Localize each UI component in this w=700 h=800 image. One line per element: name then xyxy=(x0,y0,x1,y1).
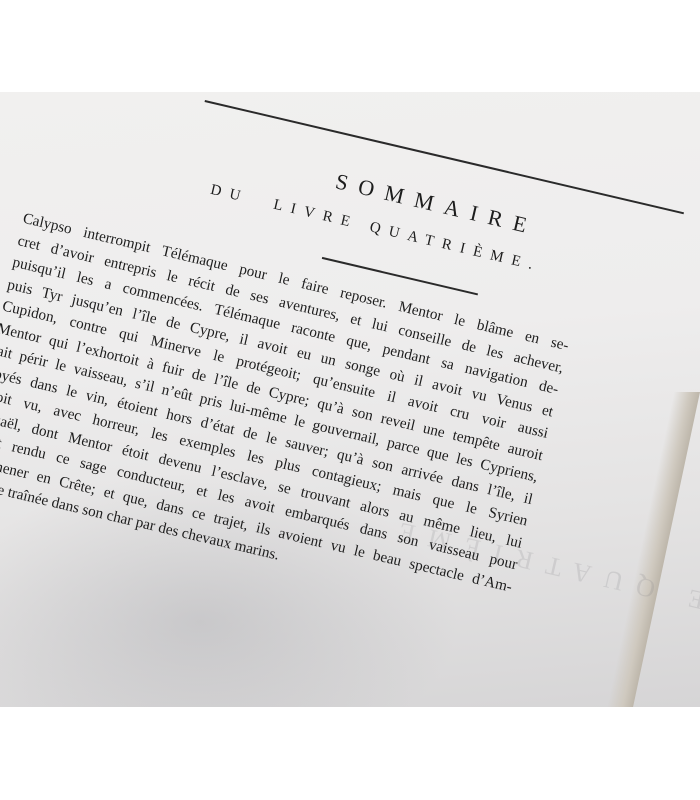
subtitle-part-du: DU xyxy=(209,182,250,206)
page-sheet: LIVRE QUATRIÈME SOMMAIRE DULIVRE QUATRIÈ… xyxy=(0,92,700,707)
summary-paragraph: Calypso interrompit Télémaque pour le fa… xyxy=(0,208,571,621)
book-page-photo: LIVRE QUATRIÈME SOMMAIRE DULIVRE QUATRIÈ… xyxy=(0,92,700,707)
